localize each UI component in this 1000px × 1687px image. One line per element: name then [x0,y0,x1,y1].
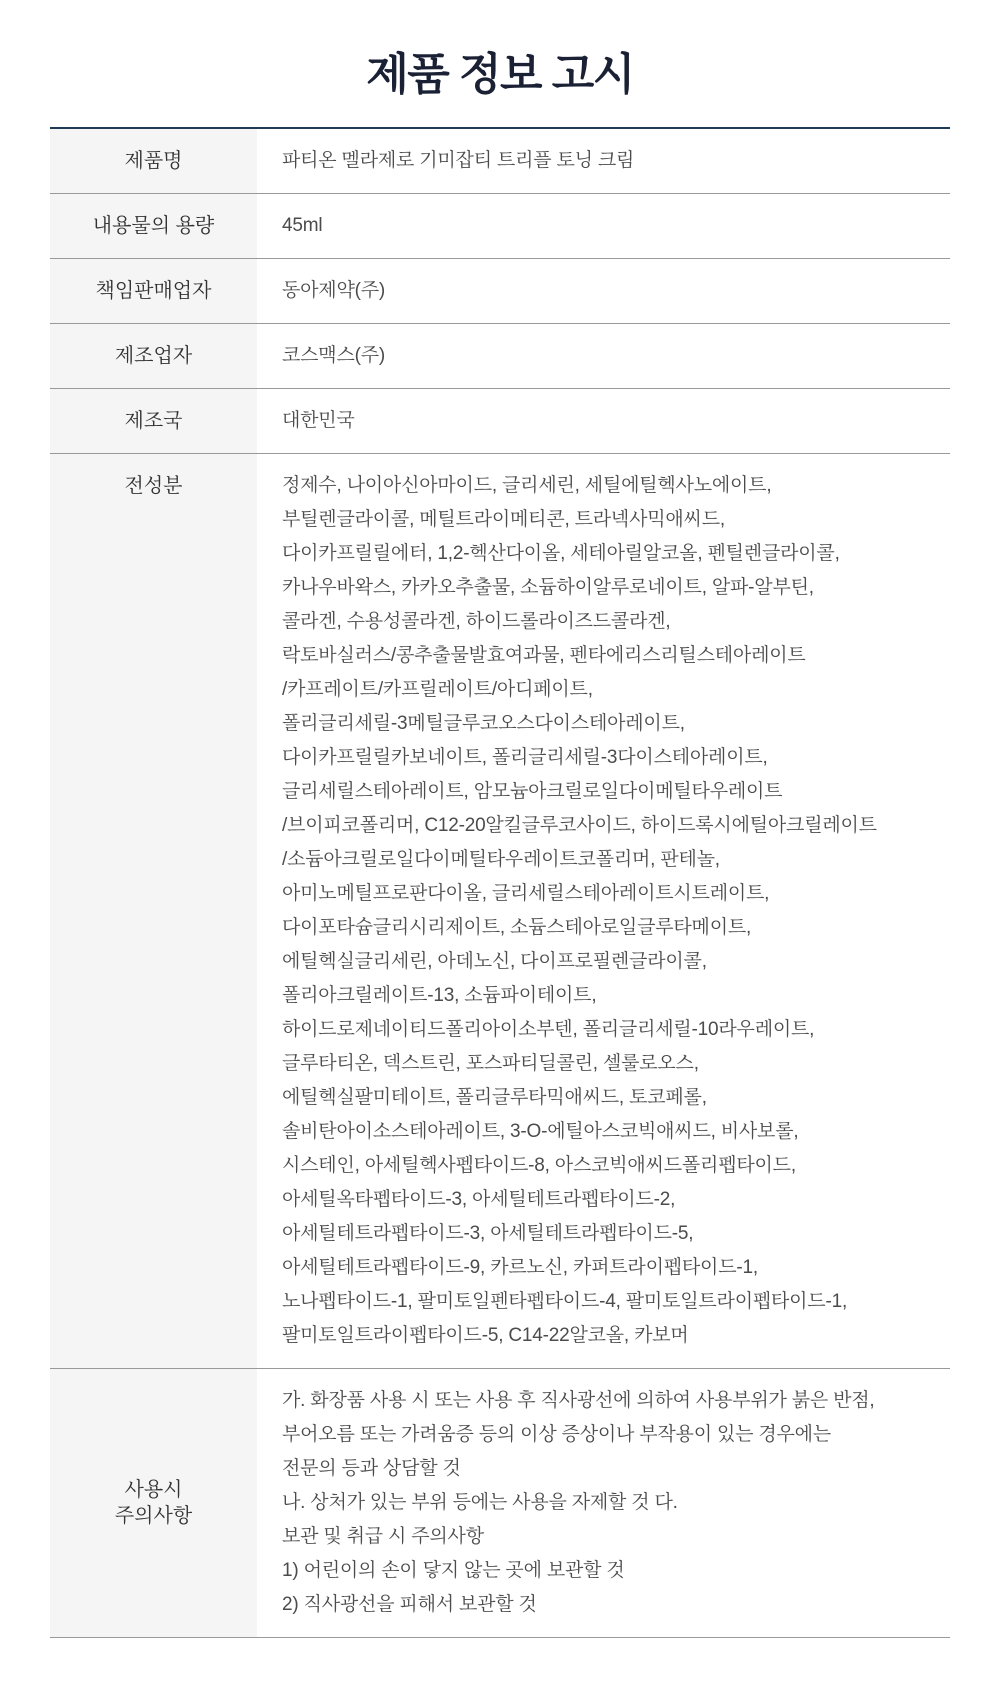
row-value: 파티온 멜라제로 기미잡티 트리플 토닝 크림 [257,129,950,193]
row-value: 45ml [257,194,950,258]
table-row-precautions: 사용시 주의사항 가. 화장품 사용 시 또는 사용 후 직사광선에 의하여 사… [50,1369,950,1638]
row-label: 내용물의 용량 [50,194,257,258]
table-row-seller: 책임판매업자 동아제약(주) [50,259,950,324]
row-label: 사용시 주의사항 [50,1369,257,1637]
table-row-product-name: 제품명 파티온 멜라제로 기미잡티 트리플 토닝 크림 [50,129,950,194]
row-label: 전성분 [50,454,257,1368]
row-label: 제품명 [50,129,257,193]
row-value: 대한민국 [257,389,950,453]
table-row-volume: 내용물의 용량 45ml [50,194,950,259]
table-row-country: 제조국 대한민국 [50,389,950,454]
row-value: 가. 화장품 사용 시 또는 사용 후 직사광선에 의하여 사용부위가 붉은 반… [257,1369,950,1637]
table-row-manufacturer: 제조업자 코스맥스(주) [50,324,950,389]
row-value: 코스맥스(주) [257,324,950,388]
row-label: 책임판매업자 [50,259,257,323]
row-value: 정제수, 나이아신아마이드, 글리세린, 세틸에틸헥사노에이트, 부틸렌글라이콜… [257,454,950,1368]
table-row-ingredients: 전성분 정제수, 나이아신아마이드, 글리세린, 세틸에틸헥사노에이트, 부틸렌… [50,454,950,1369]
page-title: 제품 정보 고시 [0,0,1000,104]
row-label: 제조업자 [50,324,257,388]
product-notice-page: 제품 정보 고시 제품명 파티온 멜라제로 기미잡티 트리플 토닝 크림 내용물… [0,0,1000,1687]
product-info-table: 제품명 파티온 멜라제로 기미잡티 트리플 토닝 크림 내용물의 용량 45ml… [50,127,950,1638]
row-label: 제조국 [50,389,257,453]
row-value: 동아제약(주) [257,259,950,323]
